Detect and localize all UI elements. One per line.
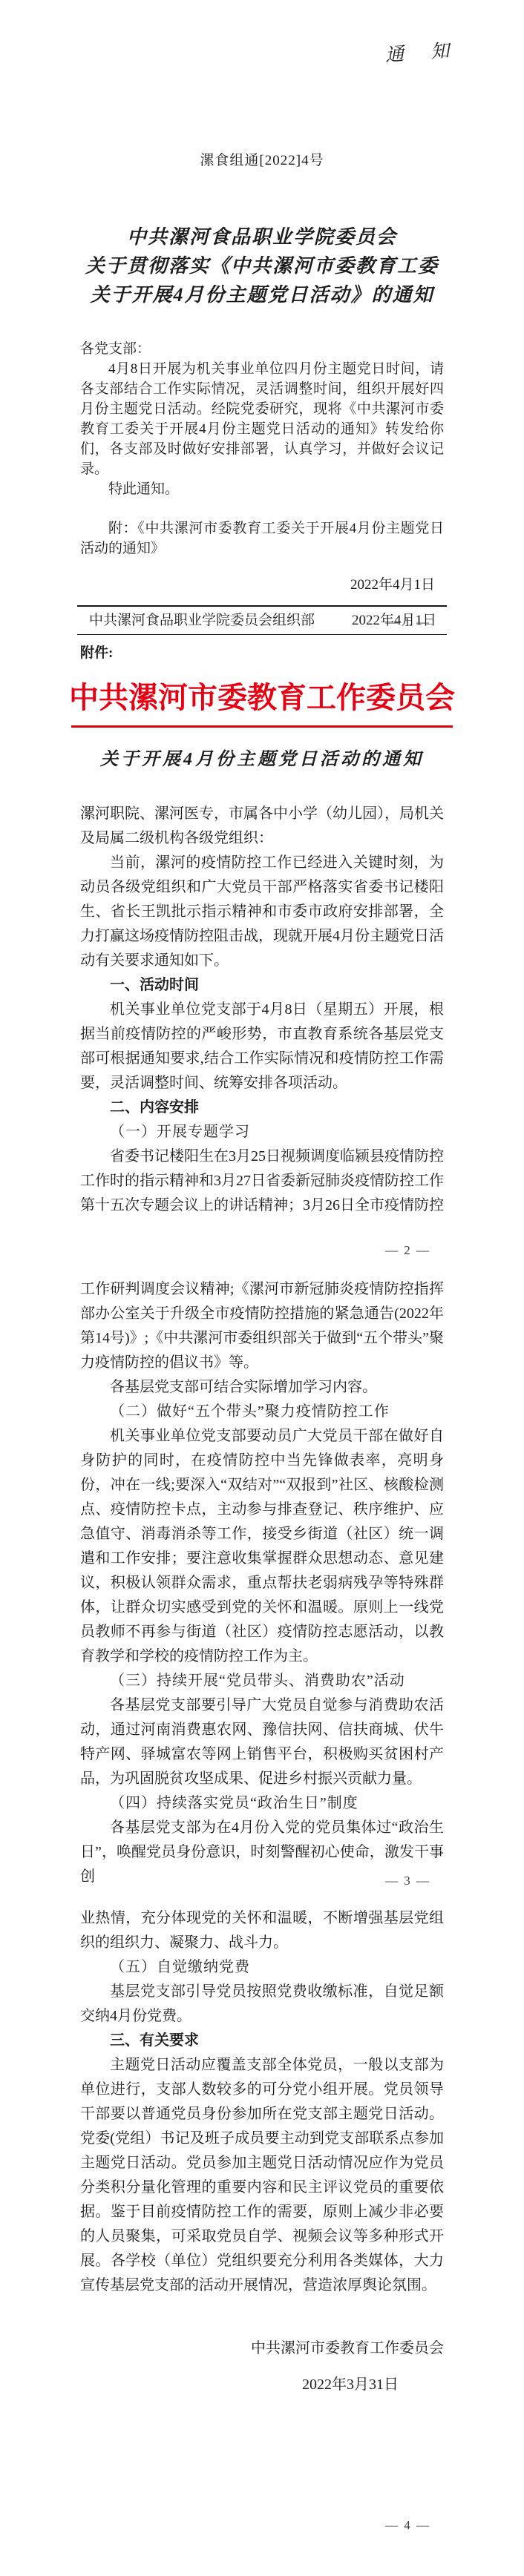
item-5-heading: （五）自觉缴纳党费 bbox=[80, 1955, 444, 1980]
body-paragraph-2: 特此通知。 bbox=[80, 479, 444, 499]
red-masthead-title: 中共漯河市委教育工作委员会 bbox=[68, 680, 456, 716]
section-1-body: 机关事业单位党支部于4月8日（星期五）开展，根据当前疫情防控的严峻形势，市直教育… bbox=[80, 998, 444, 1096]
section-2-heading: 二、内容安排 bbox=[80, 1096, 444, 1120]
item-1-body-part2: 工作研判调度会议精神;《漯河市新冠肺炎疫情防控指挥部办公室关于升级全市疫情防控措… bbox=[80, 1277, 444, 1375]
section-3-heading: 三、有关要求 bbox=[80, 2029, 444, 2053]
issue-date: 2022年4月1日 bbox=[80, 575, 444, 595]
attachment-label: 附件: bbox=[80, 635, 444, 665]
item-4-heading: （四）持续落实党员“政治生日”制度 bbox=[80, 1791, 444, 1816]
distribution-org: 中共漯河食品职业学院委员会组织部 bbox=[89, 610, 315, 630]
signature-org: 中共漯河市委教育工作委员会 bbox=[251, 2336, 444, 2361]
item-2-body: 机关事业单位党支部要动员广大党员干部在做好自身防护的同时，在疫情防控中当先锋做表… bbox=[80, 1424, 444, 1669]
item-1-note: 各基层党支部可结合实际增加学习内容。 bbox=[80, 1375, 444, 1400]
item-4-body-part2: 业热情，充分体现党的关怀和温暖，不断增强基层党组织的组织力、凝聚力、战斗力。 bbox=[80, 1906, 444, 1955]
recipients-line: 漯河职院、漯河医专，市属各中小学（幼儿园），局机关及局属二级机构各级党组织： bbox=[80, 802, 444, 851]
attachment-reference: 附：《中共漯河市委教育工委关于开展4月份主题党日活动的通知》 bbox=[80, 518, 444, 559]
attachment-doc-title: 关于开展4月份主题党日活动的通知 bbox=[80, 748, 444, 772]
section-3-body: 主题党日活动应覆盖支部全体党员，一般以支部为单位进行，支部人数较多的可分党小组开… bbox=[80, 2053, 444, 2298]
item-3-heading: （三）持续开展“党员带头、消费助农”活动 bbox=[80, 1669, 444, 1693]
signature-date: 2022年3月31日 bbox=[257, 2373, 444, 2397]
forwarding-title-line3: 关于开展4月份主题党日活动》的通知 bbox=[80, 280, 444, 309]
item-3-body: 各基层党支部要引导广大党员自觉参与消费助农活动，通过河南消费惠农网、豫信扶网、信… bbox=[80, 1693, 444, 1791]
page-3: 工作研判调度会议精神;《漯河市新冠肺炎疫情防控指挥部办公室关于升级全市疫情防控措… bbox=[0, 1265, 524, 1896]
forwarding-title: 中共漯河食品职业学院委员会 关于贯彻落实《中共漯河市委教育工委 关于开展4月份主… bbox=[80, 223, 444, 309]
handwritten-annotation: 通 知 bbox=[384, 41, 461, 66]
intro-paragraph: 当前，漯河的疫情防控工作已经进入关键时刻，为动员各级党组织和广大党员干部严格落实… bbox=[80, 851, 444, 973]
section-1-heading: 一、活动时间 bbox=[80, 973, 444, 998]
forwarding-title-line1: 中共漯河食品职业学院委员会 bbox=[80, 223, 444, 251]
red-divider-line bbox=[71, 725, 453, 728]
scanned-notice-document: 通 知 漯食组通[2022]4号 中共漯河食品职业学院委员会 关于贯彻落实《中共… bbox=[0, 0, 524, 2576]
page-number-4: — 4 — bbox=[385, 2513, 430, 2537]
signature-block: 中共漯河市委教育工作委员会 2022年3月31日 bbox=[80, 2336, 444, 2397]
item-2-heading: （二）做好“五个带头”聚力疫情防控工作 bbox=[80, 1400, 444, 1424]
forwarding-title-line2: 关于贯彻落实《中共漯河市委教育工委 bbox=[80, 251, 444, 280]
salutation: 各党支部： bbox=[80, 339, 444, 359]
page-number-1: — 1 — bbox=[385, 612, 430, 632]
document-number: 漯食组通[2022]4号 bbox=[80, 151, 444, 171]
item-1-heading: （一）开展专题学习 bbox=[80, 1120, 444, 1144]
page-number-2: — 2 — bbox=[385, 1238, 430, 1262]
item-5-body: 基层党支部引导党员按照党费收缴标准，自觉足额交纳4月份党费。 bbox=[80, 1980, 444, 2029]
page-1: 通 知 漯食组通[2022]4号 中共漯河食品职业学院委员会 关于贯彻落实《中共… bbox=[0, 0, 524, 635]
page-2: 附件: 中共漯河市委教育工作委员会 关于开展4月份主题党日活动的通知 漯河职院、… bbox=[0, 635, 524, 1265]
page-4: 业热情，充分体现党的关怀和温暖，不断增强基层党组织的组织力、凝聚力、战斗力。 （… bbox=[0, 1896, 524, 2576]
item-1-body-part1: 省委书记楼阳生在3月25日视频调度临颍县疫情防控工作时的指示精神和3月27日省委… bbox=[80, 1144, 444, 1218]
page-number-3: — 3 — bbox=[385, 1868, 430, 1893]
body-paragraph-1: 4月8日开展为机关事业单位四月份主题党日时间，请各支部结合工作实际情况，灵活调整… bbox=[80, 359, 444, 479]
